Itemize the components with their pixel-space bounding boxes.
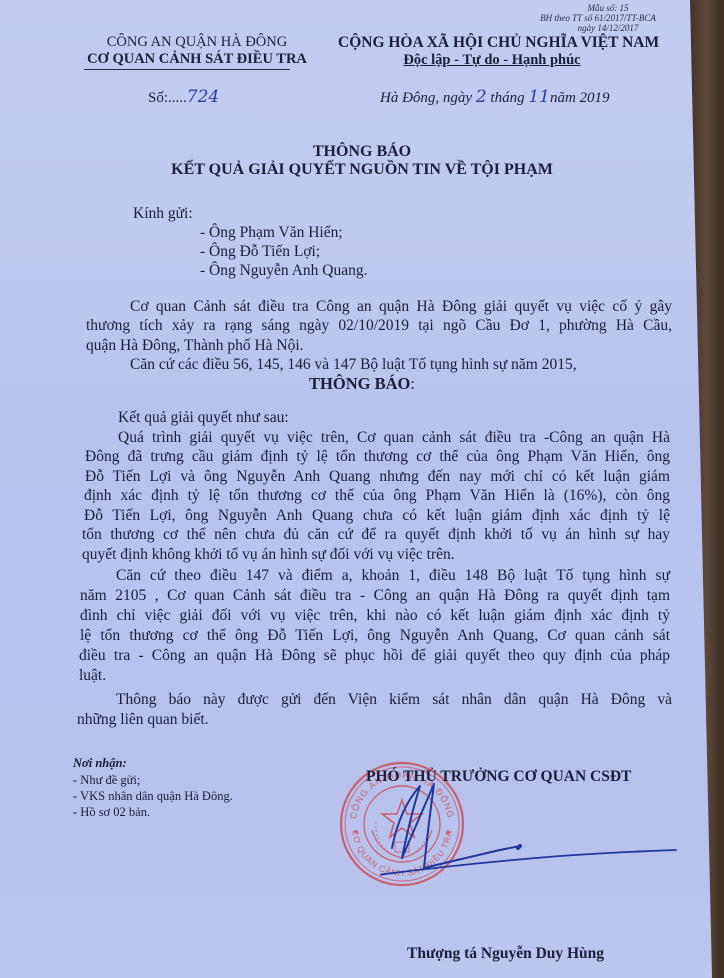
notice-heading-colon: :	[410, 374, 415, 393]
paragraph-4-line: đình chỉ việc giải đối với vụ việc trên,…	[80, 606, 670, 626]
paragraph-3-line: Đông đã trưng cầu giám định tỷ lệ tổn th…	[85, 447, 670, 467]
form-issued-date: ngày 14/12/2017	[548, 23, 668, 33]
addressee-item: - Ông Đỗ Tiến Lợi;	[200, 242, 320, 262]
paragraph-4-line: năm 2105 , Cơ quan Cảnh sát điều tra - C…	[80, 586, 670, 606]
issue-date: Hà Đông, ngày 2 tháng 11năm 2019	[380, 87, 610, 107]
document-number-handwritten: 724	[187, 87, 219, 107]
recipient-item: - Như đề gửi;	[73, 773, 140, 788]
recipient-item: - Hồ sơ 02 bản.	[73, 805, 150, 820]
addressee-label: Kính gửi:	[133, 204, 193, 224]
date-year: năm 2019	[550, 90, 610, 106]
notice-heading: THÔNG BÁO:	[0, 374, 724, 394]
recipient-item: - VKS nhân dân quận Hà Đông.	[73, 789, 233, 804]
document-title: THÔNG BÁO	[0, 143, 724, 161]
paragraph-5-line: Thông báo này được gửi đến Viện kiểm sát…	[116, 690, 672, 710]
result-intro: Kết quả giải quyết như sau:	[118, 408, 289, 428]
country-name: CỘNG HÒA XÃ HỘI CHỦ NGHĨA VIỆT NAM	[338, 34, 648, 52]
paragraph-3-line: định xác định tỷ lệ tổn thương cơ thể củ…	[84, 486, 670, 506]
date-month-label: tháng	[490, 90, 524, 106]
paragraph-4-line: điều tra - Công an quận Hà Đông sẽ phục …	[79, 646, 670, 666]
paragraph-3-line: quyết định không khởi tố vụ án hình sự đ…	[82, 545, 455, 565]
national-motto: Độc lập - Tự do - Hạnh phúc	[390, 52, 594, 69]
notice-heading-text: THÔNG BÁO	[309, 374, 410, 393]
paragraph-3-line: Đỗ Tiến Lợi và ông Nguyễn Anh Quang nhưn…	[85, 467, 670, 487]
paragraph-1-line: Cơ quan Cảnh sát điều tra Công an quận H…	[130, 297, 672, 317]
document-number: Số:.....724	[148, 87, 219, 107]
paragraph-1-line: quận Hà Đông, Thành phố Hà Nội.	[86, 336, 304, 356]
date-day-handwritten: 2	[476, 87, 487, 107]
paragraph-3-line: Đỗ Tiến Lợi, ông Nguyễn Anh Quang chưa c…	[84, 506, 670, 526]
paragraph-4-line: lệ tổn thương cơ thể ông Đỗ Tiến Lợi, ôn…	[80, 626, 670, 646]
date-place: Hà Đông, ngày	[380, 90, 472, 106]
handwritten-signature-icon	[380, 778, 680, 888]
document-number-dots: .....	[168, 90, 187, 106]
department-name: CƠ QUAN CẢNH SÁT ĐIỀU TRA	[84, 51, 310, 68]
addressee-item: - Ông Nguyễn Anh Quang.	[200, 261, 367, 281]
document-number-label: Số:	[148, 90, 168, 106]
form-issued-by: BH theo TT số 61/2017/TT-BCA	[528, 13, 668, 23]
paragraph-3-line: tổn thương cơ thể nên chưa đủ căn cứ để …	[82, 525, 670, 545]
recipients-label: Nơi nhận:	[73, 756, 127, 771]
signer-name: Thượng tá Nguyễn Duy Hùng	[407, 945, 604, 963]
paragraph-5-line: những liên quan biết.	[77, 710, 209, 730]
agency-name: CÔNG AN QUẬN HÀ ĐÔNG	[84, 34, 310, 51]
header-underline	[84, 69, 290, 70]
paragraph-1-line: thương tích xảy ra rạng sáng ngày 02/10/…	[86, 316, 672, 336]
document-page: Mẫu số: 15 BH theo TT số 61/2017/TT-BCA …	[0, 0, 724, 978]
date-month-handwritten: 11	[528, 87, 550, 107]
legal-basis: Căn cứ các điều 56, 145, 146 và 147 Bộ l…	[130, 355, 577, 375]
paragraph-4-line: Căn cứ theo điều 147 và điểm a, khoản 1,…	[116, 566, 670, 586]
paragraph-4-line: luật.	[79, 666, 106, 686]
addressee-item: - Ông Phạm Văn Hiển;	[200, 223, 343, 243]
form-number: Mẫu số: 15	[548, 3, 668, 13]
document-subtitle: KẾT QUẢ GIẢI QUYẾT NGUỒN TIN VỀ TỘI PHẠM	[0, 161, 724, 179]
paragraph-3-line: Quá trình giải quyết vụ việc trên, Cơ qu…	[118, 428, 670, 448]
